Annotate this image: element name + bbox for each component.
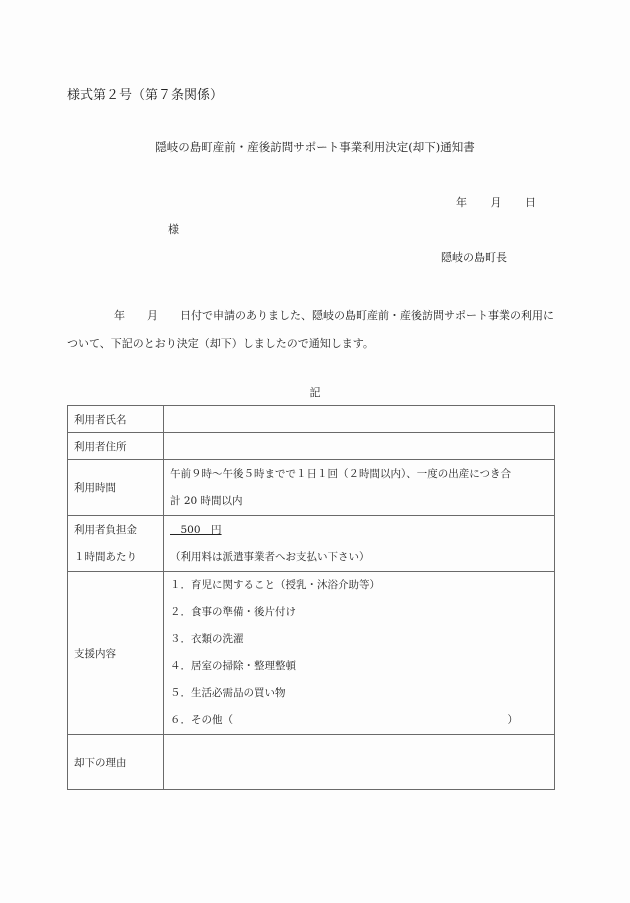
date-day: 日 xyxy=(525,196,536,209)
hours-line2: 計 20 時間以内 xyxy=(170,488,548,515)
row-address: 利用者住所 xyxy=(68,433,555,460)
decision-table: 利用者氏名 利用者住所 利用時間 午前９時～午後５時までで１日１回（２時間以内）… xyxy=(67,405,555,790)
addressee: 様 xyxy=(168,221,179,237)
fee-note: （利用料は派遣事業者へお支払い下さい） xyxy=(170,544,548,571)
date-month: 月 xyxy=(491,196,502,209)
fee-value: 500 円 （利用料は派遣事業者へお支払い下さい） xyxy=(164,516,555,572)
ki-heading: 記 xyxy=(0,384,630,400)
issuer: 隠岐の島町長 xyxy=(441,249,507,265)
fee-amount: 500 円 xyxy=(170,524,222,536)
hours-label: 利用時間 xyxy=(68,460,164,516)
fee-label-line1: 利用者負担金 xyxy=(74,517,157,544)
document-title: 隠岐の島町産前・産後訪問サポート事業利用決定(却下)通知書 xyxy=(0,139,630,155)
row-reject: 却下の理由 xyxy=(68,735,555,790)
name-value[interactable] xyxy=(164,406,555,433)
body-paragraph: 年 月 日付で申請のありました、隠岐の島町産前・産後訪問サポート事業の利用につい… xyxy=(67,302,562,358)
support-item: ５．生活必需品の買い物 xyxy=(170,680,548,707)
support-item: ３．衣類の洗濯 xyxy=(170,626,548,653)
row-hours: 利用時間 午前９時～午後５時までで１日１回（２時間以内）、一度の出産につき合 計… xyxy=(68,460,555,516)
address-value[interactable] xyxy=(164,433,555,460)
address-label: 利用者住所 xyxy=(68,433,164,460)
reject-value[interactable] xyxy=(164,735,555,790)
support-item: ２．食事の準備・後片付け xyxy=(170,599,548,626)
fee-label: 利用者負担金 １時間あたり xyxy=(68,516,164,572)
reject-label: 却下の理由 xyxy=(68,735,164,790)
support-item: ４．居室の掃除・整理整頓 xyxy=(170,653,548,680)
name-label: 利用者氏名 xyxy=(68,406,164,433)
hours-line1: 午前９時～午後５時までで１日１回（２時間以内）、一度の出産につき合 xyxy=(170,461,548,488)
row-fee: 利用者負担金 １時間あたり 500 円 （利用料は派遣事業者へお支払い下さい） xyxy=(68,516,555,572)
support-item-other: ６．その他（ ） xyxy=(170,707,548,734)
support-item: １．育児に関すること（授乳・沐浴介助等） xyxy=(170,572,548,599)
date-line: 年 月 日 xyxy=(456,194,536,210)
fee-label-line2: １時間あたり xyxy=(74,544,157,571)
support-list: １．育児に関すること（授乳・沐浴介助等） ２．食事の準備・後片付け ３．衣類の洗… xyxy=(164,572,555,735)
support-label: 支援内容 xyxy=(68,572,164,735)
form-number: 様式第２号（第７条関係） xyxy=(67,84,223,103)
hours-value: 午前９時～午後５時までで１日１回（２時間以内）、一度の出産につき合 計 20 時… xyxy=(164,460,555,516)
date-year: 年 xyxy=(456,196,467,209)
support-other-close: ） xyxy=(508,707,519,734)
row-name: 利用者氏名 xyxy=(68,406,555,433)
support-other-label: ６．その他（ xyxy=(170,707,233,734)
row-support: 支援内容 １．育児に関すること（授乳・沐浴介助等） ２．食事の準備・後片付け ３… xyxy=(68,572,555,735)
